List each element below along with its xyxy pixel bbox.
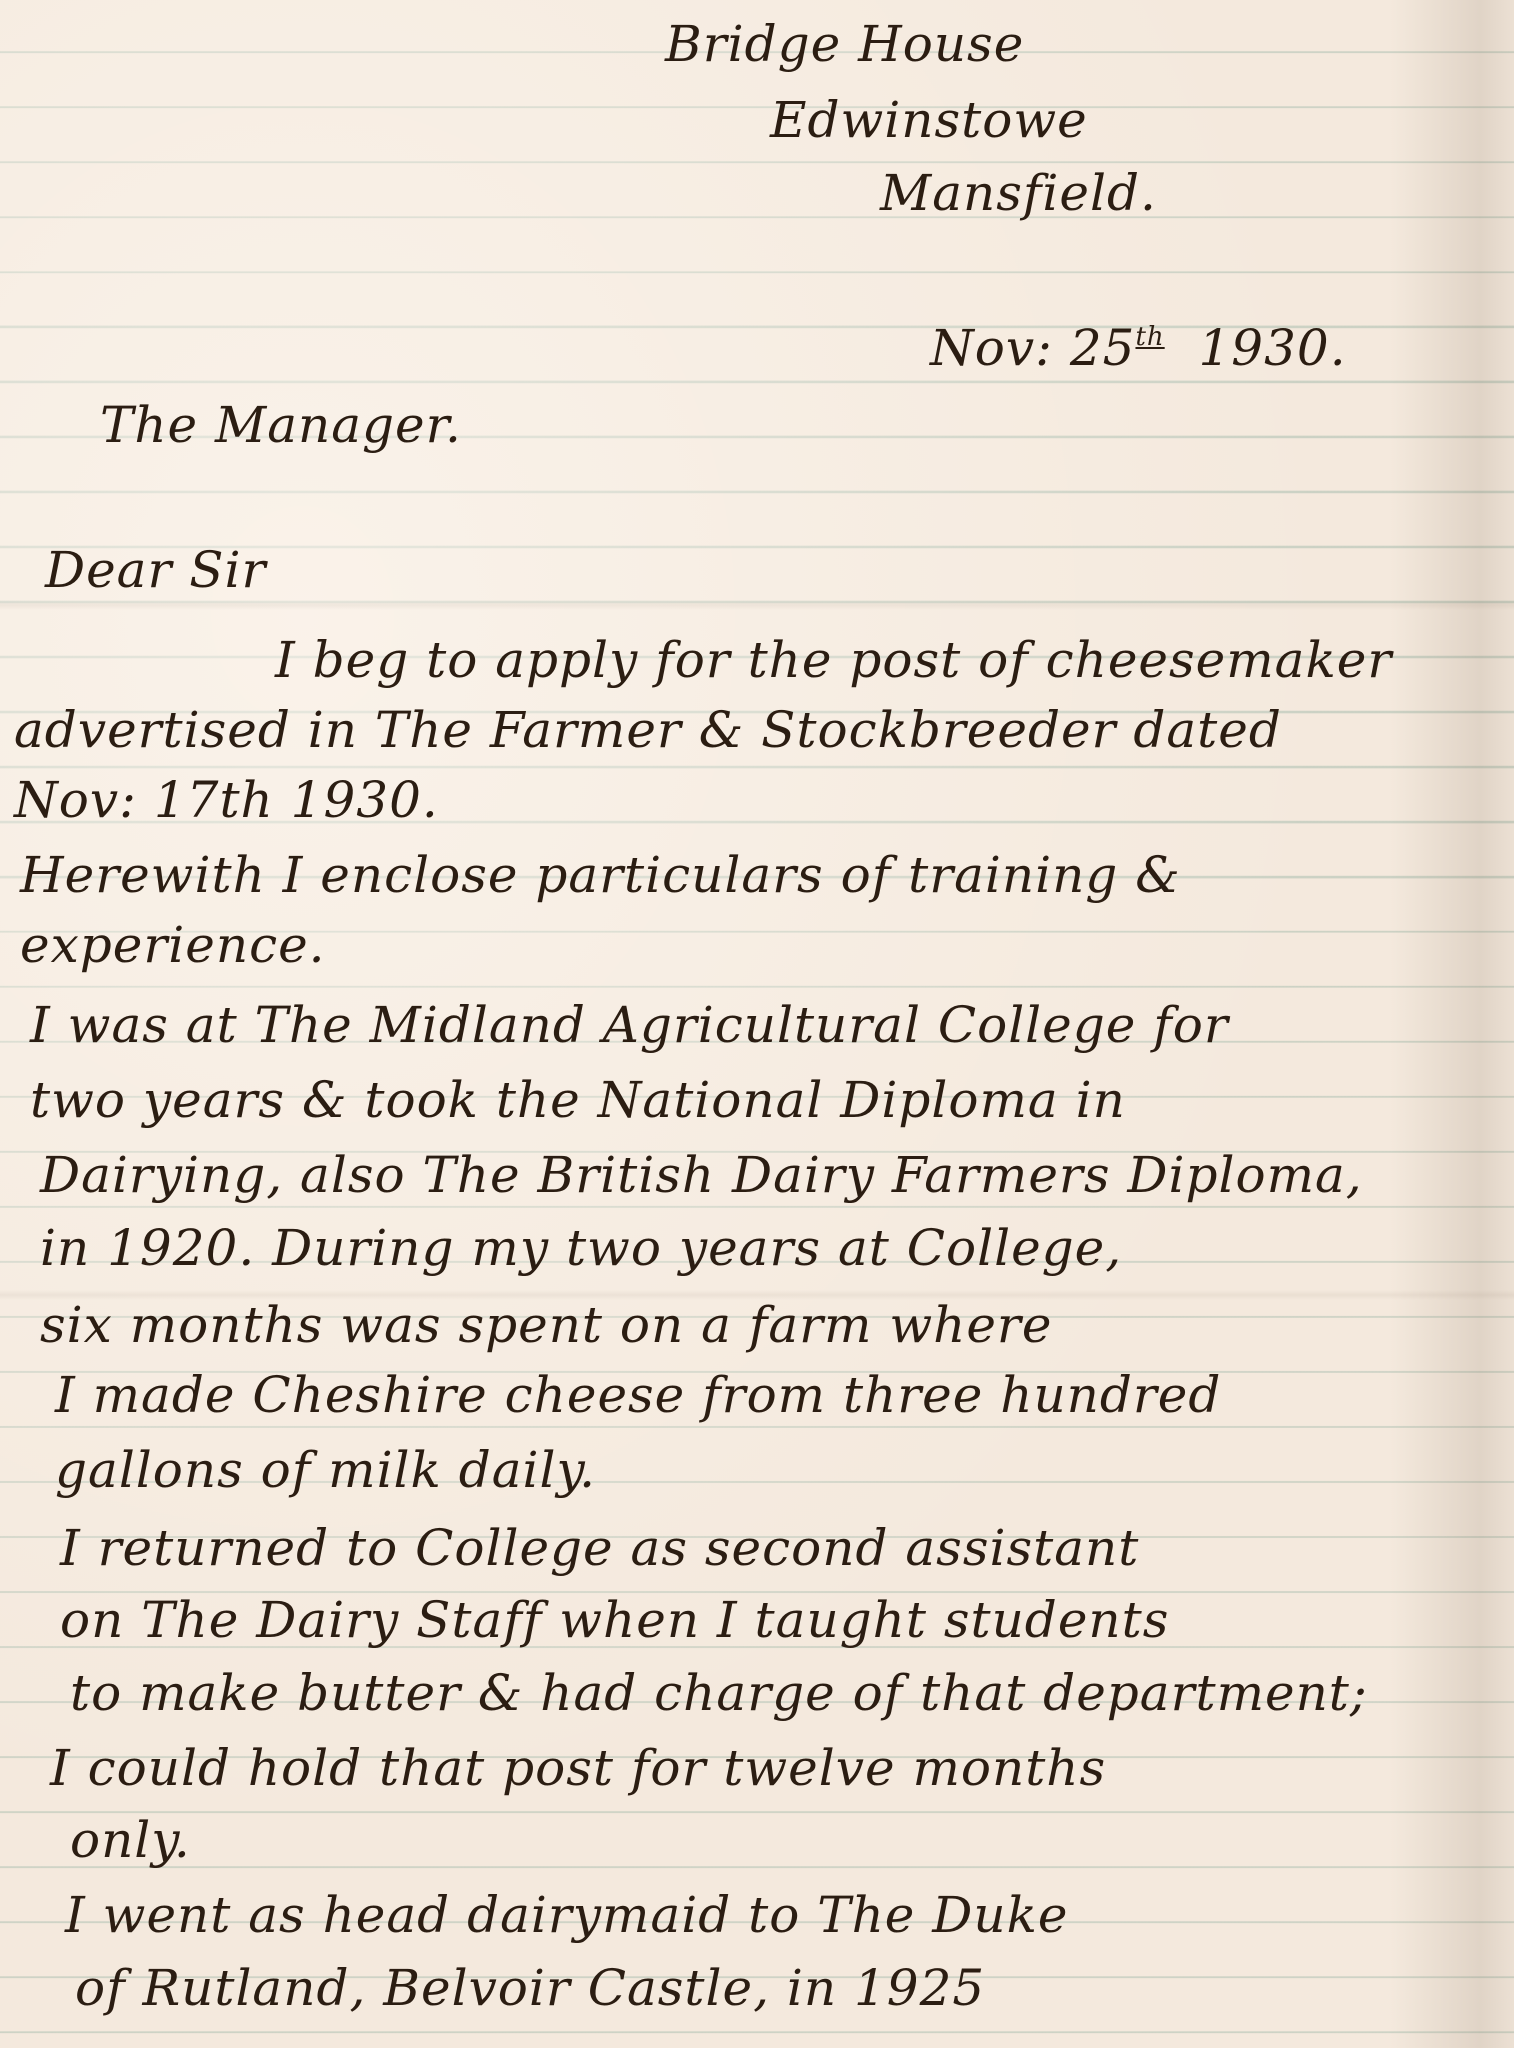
date-ordinal: th [1135, 322, 1164, 352]
body-line: I beg to apply for the post of cheesemak… [275, 630, 1392, 690]
body-line: I returned to College as second assistan… [60, 1518, 1139, 1578]
body-line: six months was spent on a farm where [40, 1295, 1052, 1355]
body-line: I made Cheshire cheese from three hundre… [55, 1365, 1221, 1425]
body-line: in 1920. During my two years at College, [40, 1218, 1122, 1278]
letter-page: Bridge House Edwinstowe Mansfield. Nov: … [0, 0, 1514, 2048]
body-line: Dairying, also The British Dairy Farmers… [40, 1145, 1363, 1205]
address-line-3: Mansfield. [880, 163, 1157, 223]
date-day: Nov: 25 [930, 319, 1135, 377]
body-line: only. [70, 1810, 191, 1870]
body-line: of Rutland, Belvoir Castle, in 1925 [75, 1958, 985, 2018]
body-line: advertised in The Farmer & Stockbreeder … [14, 700, 1282, 760]
recipient: The Manager. [100, 395, 462, 455]
body-line: Herewith I enclose particulars of traini… [20, 845, 1181, 905]
body-line: gallons of milk daily. [55, 1440, 596, 1500]
body-line: two years & took the National Diploma in [30, 1070, 1126, 1130]
address-line-1: Bridge House [665, 14, 1024, 74]
date-year: 1930. [1198, 319, 1346, 377]
body-line: experience. [20, 915, 326, 975]
body-line: on The Dairy Staff when I taught student… [60, 1590, 1169, 1650]
body-line: Nov: 17th 1930. [14, 770, 439, 830]
salutation: Dear Sir [45, 540, 266, 600]
address-line-2: Edwinstowe [770, 90, 1088, 150]
body-line: I could hold that post for twelve months [50, 1738, 1106, 1798]
body-line: to make butter & had charge of that depa… [70, 1663, 1368, 1723]
letter-date: Nov: 25th 1930. [930, 307, 1347, 378]
paper-fold [0, 600, 1514, 610]
body-line: I was at The Midland Agricultural Colleg… [30, 995, 1229, 1055]
body-line: I went as head dairymaid to The Duke [65, 1885, 1068, 1945]
